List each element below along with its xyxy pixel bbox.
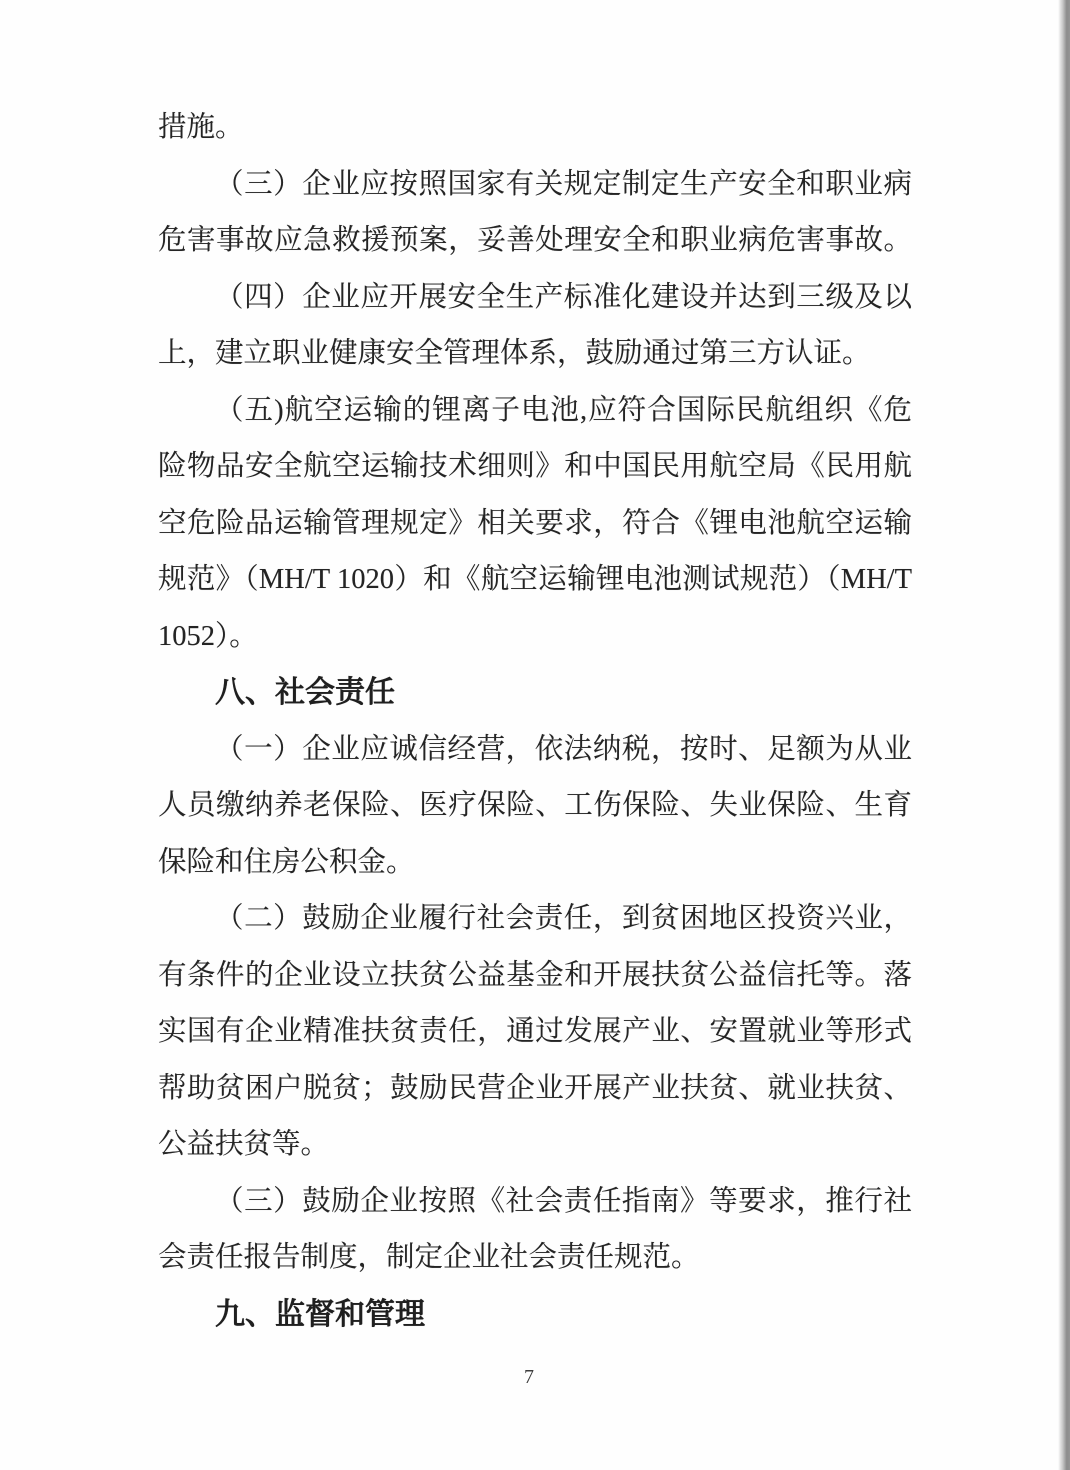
- section-heading: 九、监督和管理: [158, 1287, 912, 1344]
- text-line: （二）鼓励企业履行社会责任，到贫困地区投资兴业，: [158, 891, 912, 948]
- text-line: 措施。: [158, 100, 912, 157]
- text-line: 规范》（MH/T 1020）和《航空运输锂电池测试规范）（MH/T: [158, 552, 912, 609]
- text-line: 危害事故应急救援预案，妥善处理安全和职业病危害事故。: [158, 213, 912, 270]
- text-line: 帮助贫困户脱贫；鼓励民营企业开展产业扶贫、就业扶贫、: [158, 1061, 912, 1118]
- text-line: （四）企业应开展安全生产标准化建设并达到三级及以: [158, 270, 912, 327]
- text-line: 保险和住房公积金。: [158, 835, 912, 892]
- text-line: 上，建立职业健康安全管理体系，鼓励通过第三方认证。: [158, 326, 912, 383]
- text-line: 空危险品运输管理规定》相关要求，符合《锂电池航空运输: [158, 496, 912, 553]
- text-line: 1052）。: [158, 609, 912, 666]
- text-line: 公益扶贫等。: [158, 1117, 912, 1174]
- text-line: （三）企业应按照国家有关规定制定生产安全和职业病: [158, 157, 912, 214]
- text-line: 人员缴纳养老保险、医疗保险、工伤保险、失业保险、生育: [158, 778, 912, 835]
- text-line: 有条件的企业设立扶贫公益基金和开展扶贫公益信托等。落: [158, 948, 912, 1005]
- section-heading: 八、社会责任: [158, 665, 912, 722]
- text-line: （一）企业应诚信经营，依法纳税，按时、足额为从业: [158, 722, 912, 779]
- text-line: （五)航空运输的锂离子电池,应符合国际民航组织《危: [158, 383, 912, 440]
- document-body: 措施。（三）企业应按照国家有关规定制定生产安全和职业病危害事故应急救援预案，妥善…: [158, 100, 912, 1343]
- text-line: 险物品安全航空运输技术细则》和中国民用航空局《民用航: [158, 439, 912, 496]
- text-line: 实国有企业精准扶贫责任，通过发展产业、安置就业等形式: [158, 1004, 912, 1061]
- text-line: （三）鼓励企业按照《社会责任指南》等要求，推行社: [158, 1174, 912, 1231]
- page-number: 7: [0, 1366, 1058, 1388]
- text-line: 会责任报告制度，制定企业社会责任规范。: [158, 1230, 912, 1287]
- document-page: 措施。（三）企业应按照国家有关规定制定生产安全和职业病危害事故应急救援预案，妥善…: [0, 0, 1070, 1470]
- scrollbar[interactable]: [1058, 0, 1070, 1470]
- screenshot-root: { "page": { "number": "7" }, "colors": {…: [0, 0, 1070, 1470]
